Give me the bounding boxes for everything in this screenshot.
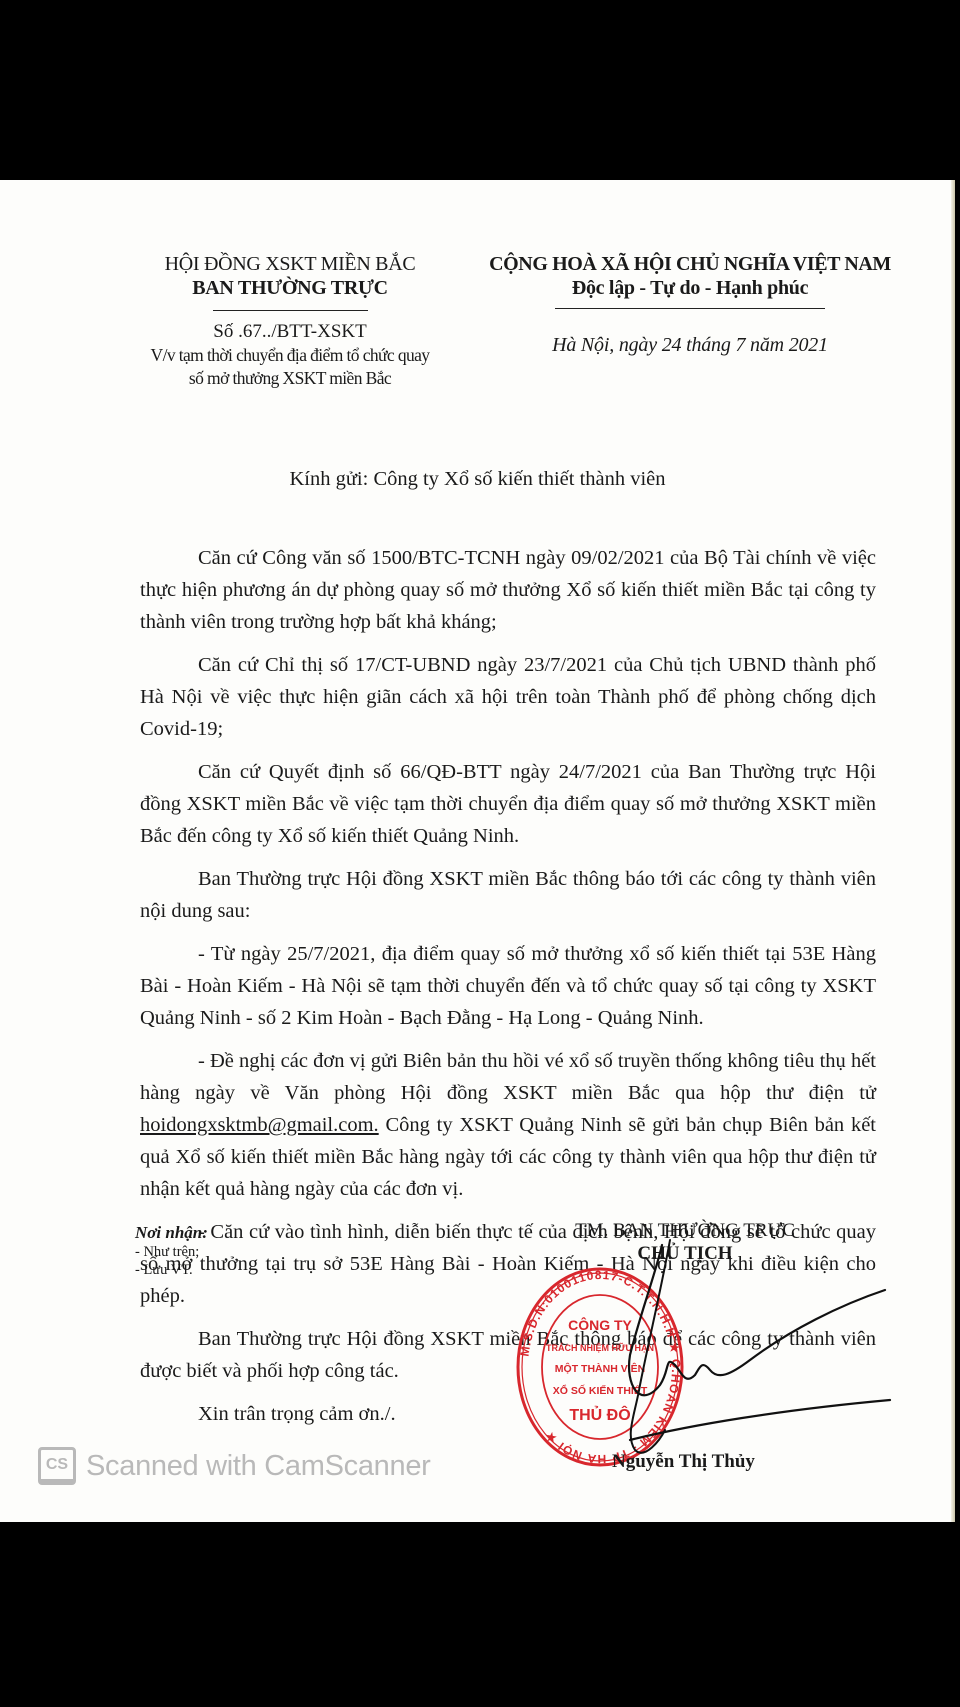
body-list-item: - Đề nghị các đơn vị gửi Biên bản thu hồ… <box>140 1045 876 1205</box>
national-header: CỘNG HOÀ XÃ HỘI CHỦ NGHĨA VIỆT NAM Độc l… <box>470 252 910 357</box>
addressee: Kính gửi: Công ty Xổ số kiến thiết thành… <box>0 468 955 491</box>
body-paragraph: Căn cứ Chỉ thị số 17/CT-UBND ngày 23/7/2… <box>140 649 876 745</box>
body-list-item: - Từ ngày 25/7/2021, địa điểm quay số mở… <box>140 938 876 1034</box>
document-number: Số .67../BTT-XSKT <box>110 321 470 344</box>
body-paragraph: Ban Thường trực Hội đồng XSKT miền Bắc t… <box>140 863 876 927</box>
page-edge-shadow <box>951 180 955 1522</box>
subject-line-1: V/v tạm thời chuyển địa điểm tổ chức qua… <box>110 344 470 367</box>
national-motto: Độc lập - Tự do - Hạnh phúc <box>470 276 910 300</box>
motto-underline <box>555 308 825 309</box>
camscanner-logo-icon: CS <box>38 1447 76 1485</box>
recipient-item: - Như trên; <box>135 1243 208 1261</box>
recipients-label: Nơi nhận: <box>135 1222 208 1243</box>
item-text: - Đề nghị các đơn vị gửi Biên bản thu hồ… <box>140 1050 876 1104</box>
scanned-document-page: HỘI ĐỒNG XSKT MIỀN BẮC BAN THƯỜNG TRỰC S… <box>0 180 955 1522</box>
camscanner-watermark: CS Scanned with CamScanner <box>38 1447 431 1485</box>
handwritten-signature-icon <box>600 1235 900 1465</box>
signer-name: Nguyễn Thị Thủy <box>612 1451 755 1473</box>
email-link[interactable]: hoidongxsktmb@gmail.com. <box>140 1114 379 1136</box>
body-paragraph: Căn cứ Quyết định số 66/QĐ-BTT ngày 24/7… <box>140 756 876 852</box>
issuer-header: HỘI ĐỒNG XSKT MIỀN BẮC BAN THƯỜNG TRỰC S… <box>110 252 470 389</box>
issuer-organization: HỘI ĐỒNG XSKT MIỀN BẮC <box>110 252 470 276</box>
body-paragraph: Căn cứ Công văn số 1500/BTC-TCNH ngày 09… <box>140 542 876 638</box>
recipients-block: Nơi nhận: - Như trên; - Lưu VT. <box>135 1222 208 1280</box>
issuer-department: BAN THƯỜNG TRỰC <box>110 276 470 300</box>
recipient-item: - Lưu VT. <box>135 1261 208 1279</box>
national-title: CỘNG HOÀ XÃ HỘI CHỦ NGHĨA VIỆT NAM <box>470 252 910 276</box>
camscanner-text: Scanned with CamScanner <box>86 1450 431 1483</box>
subject-line-2: số mở thưởng XSKT miền Bắc <box>110 367 470 390</box>
issuer-underline <box>213 310 368 311</box>
place-and-date: Hà Nội, ngày 24 tháng 7 năm 2021 <box>470 333 910 357</box>
